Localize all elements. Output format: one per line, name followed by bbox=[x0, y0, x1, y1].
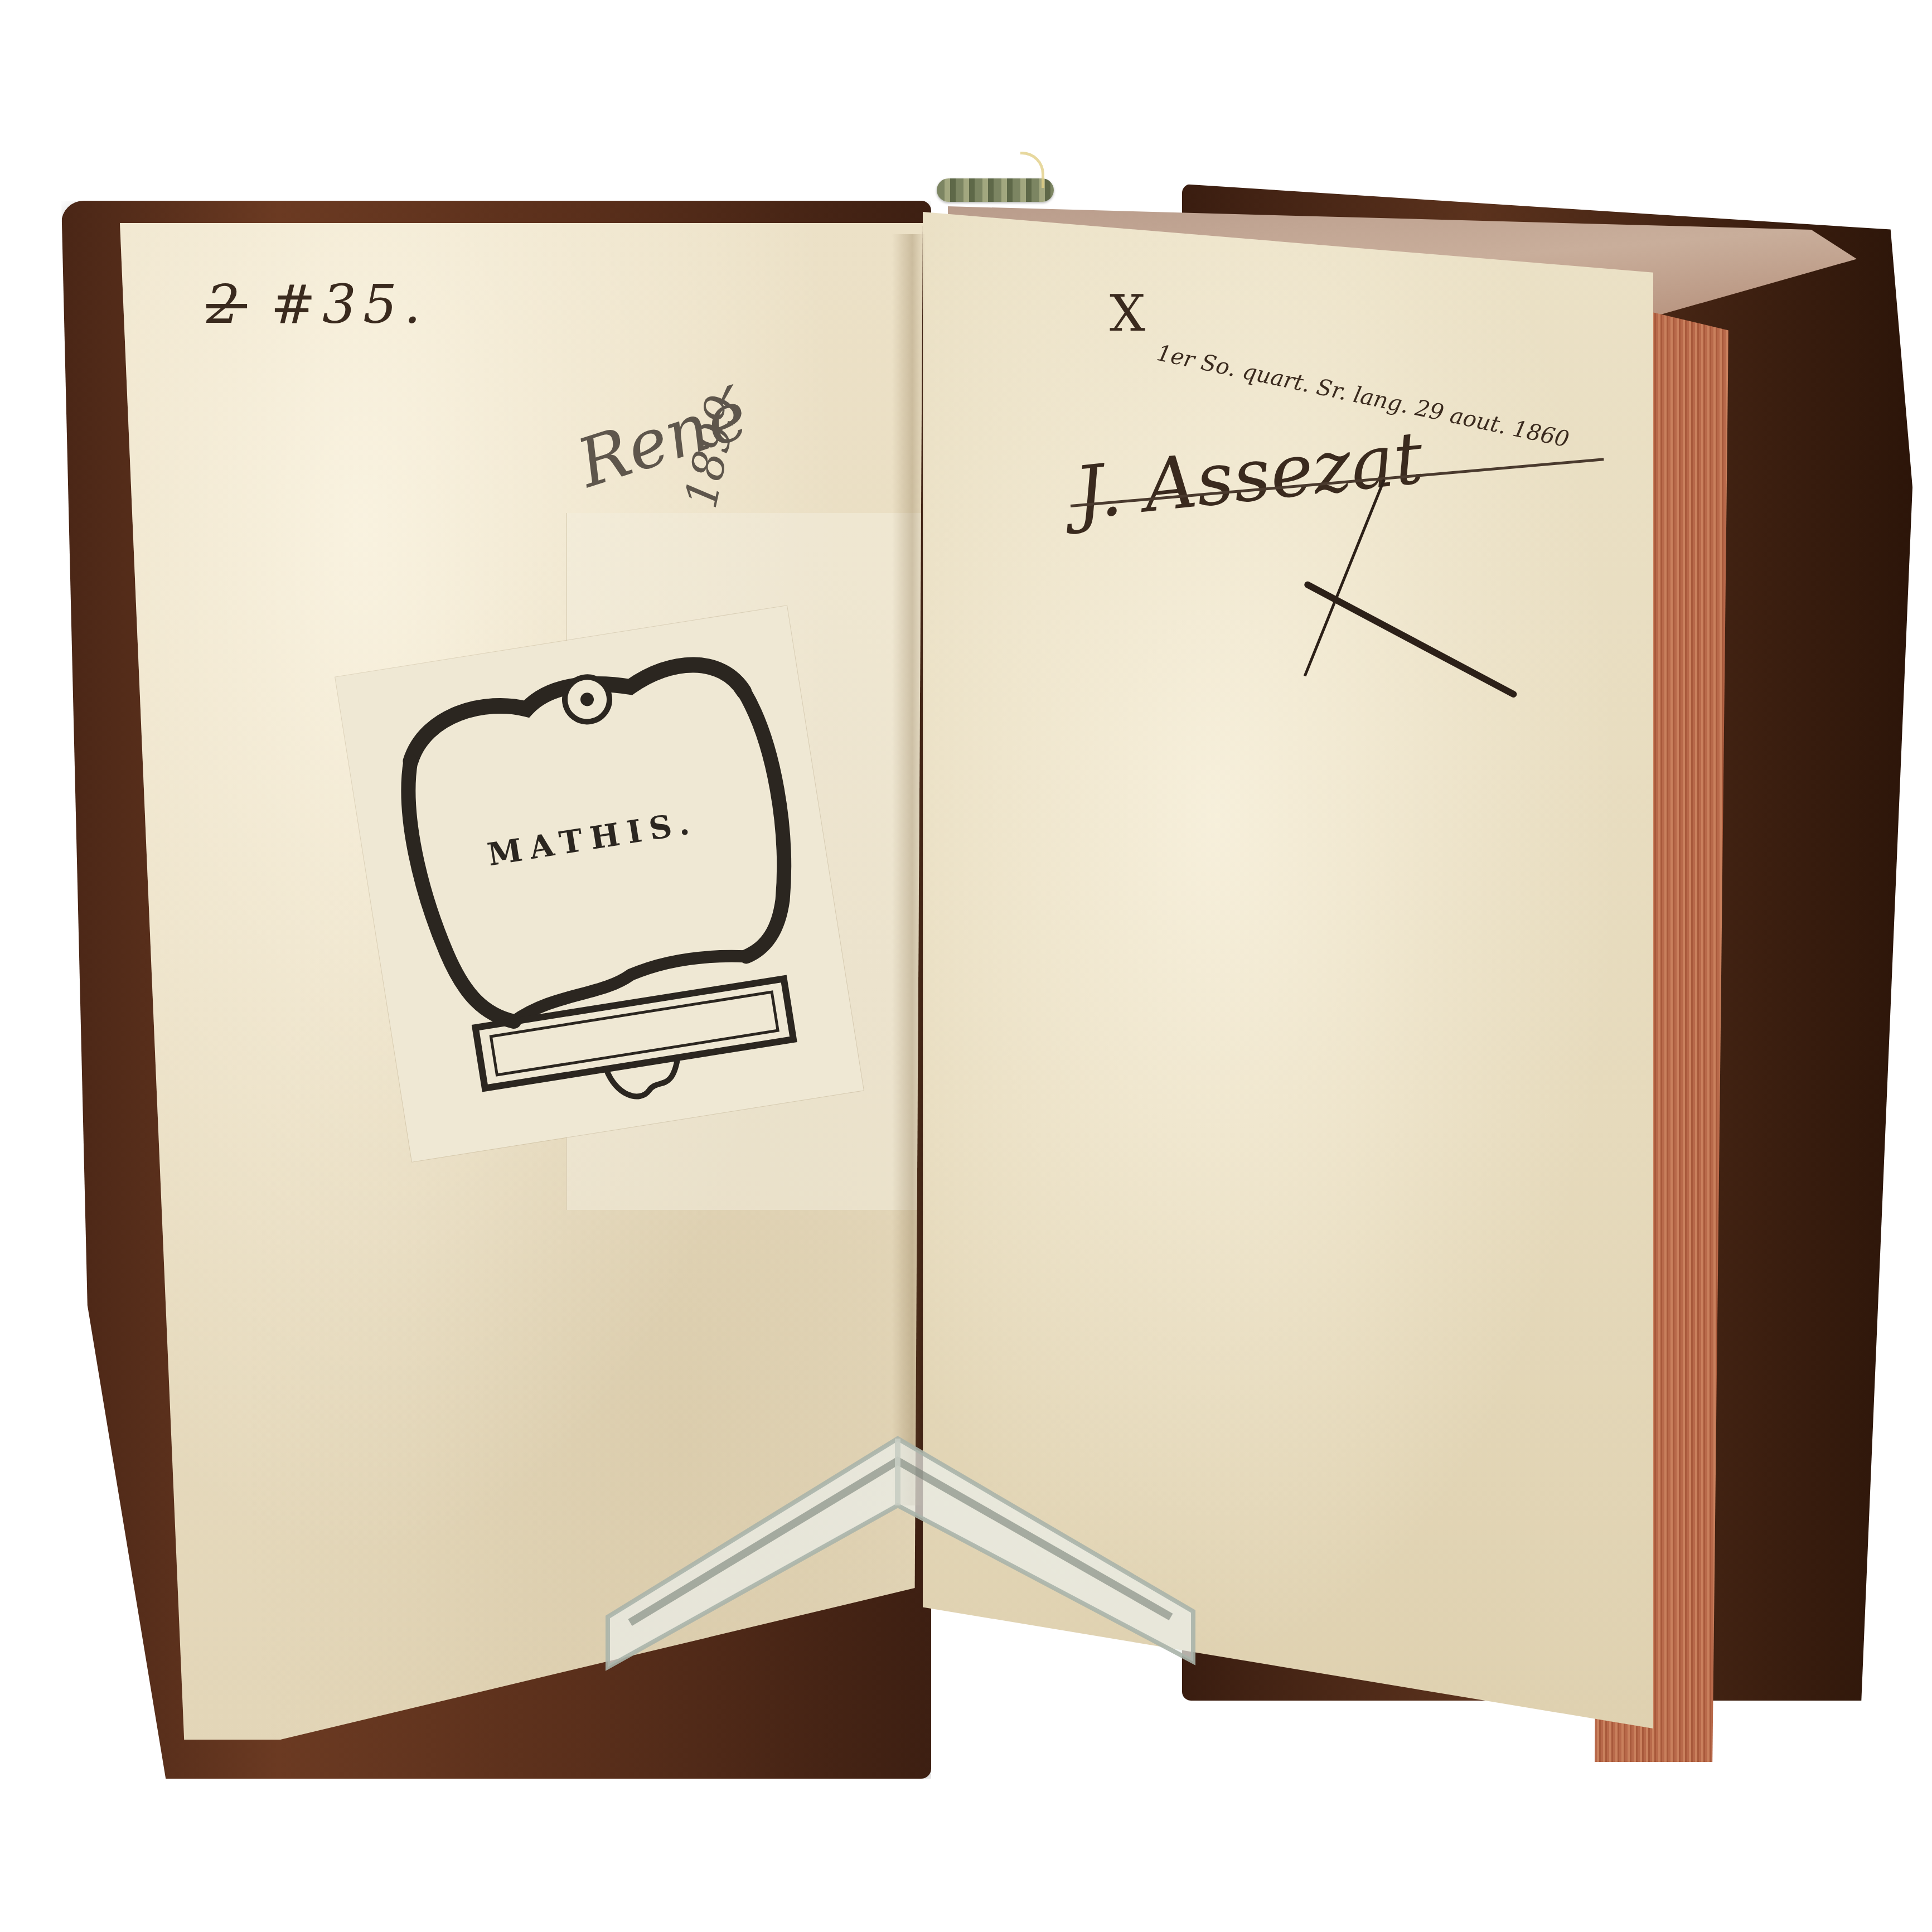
book-stand-icon bbox=[585, 1427, 1227, 1673]
headband-thread bbox=[1020, 152, 1044, 188]
shelf-mark: 2 #35. bbox=[206, 273, 428, 336]
gutter-crease bbox=[892, 234, 926, 1505]
struck-shelf-number: 2 bbox=[206, 273, 247, 336]
shelf-number: #35. bbox=[271, 273, 428, 336]
bookplate: MATHIS. bbox=[335, 606, 864, 1161]
acrylic-book-stand bbox=[585, 1427, 1227, 1673]
x-mark: X bbox=[1110, 284, 1145, 343]
book-photo: 2 #35. René 1899 MATHIS. X 1er So. quart… bbox=[0, 0, 1932, 1932]
